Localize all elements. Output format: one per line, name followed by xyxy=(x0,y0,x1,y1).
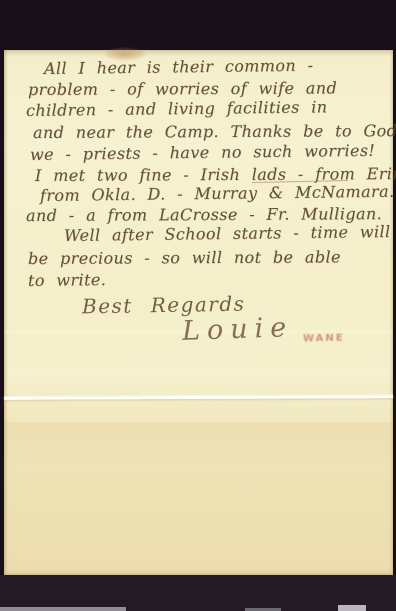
handwritten-line: and near the Camp. Thanks be to God xyxy=(33,122,396,142)
handwritten-line: we - priests - have no such worries! xyxy=(30,142,375,164)
handwritten-line: problem - of worries of wife and xyxy=(28,79,337,99)
scan-bottom-band xyxy=(0,575,396,611)
fold-crease xyxy=(4,395,393,400)
letter-signature: Louie xyxy=(181,312,293,347)
handwritten-line: to write. xyxy=(28,271,106,290)
handwritten-line: Well after School starts - time will xyxy=(64,223,391,245)
scan-artifact xyxy=(0,607,126,611)
red-stamp-annotation: WANE xyxy=(303,333,345,345)
handwritten-line: children - and living facilities in xyxy=(26,98,328,120)
scan-artifact xyxy=(338,605,366,611)
handwritten-line: from Okla. D. - Murray & McNamara. xyxy=(40,183,395,205)
letter-page: All I hear is their common - problem - o… xyxy=(4,50,393,575)
fold-shadow xyxy=(4,422,393,575)
handwritten-line: be precious - so will not be able xyxy=(28,248,341,268)
handwritten-line: All I hear is their common - xyxy=(44,57,314,78)
scanned-letter-screenshot: { "document": { "kind": "handwritten let… xyxy=(0,0,396,611)
